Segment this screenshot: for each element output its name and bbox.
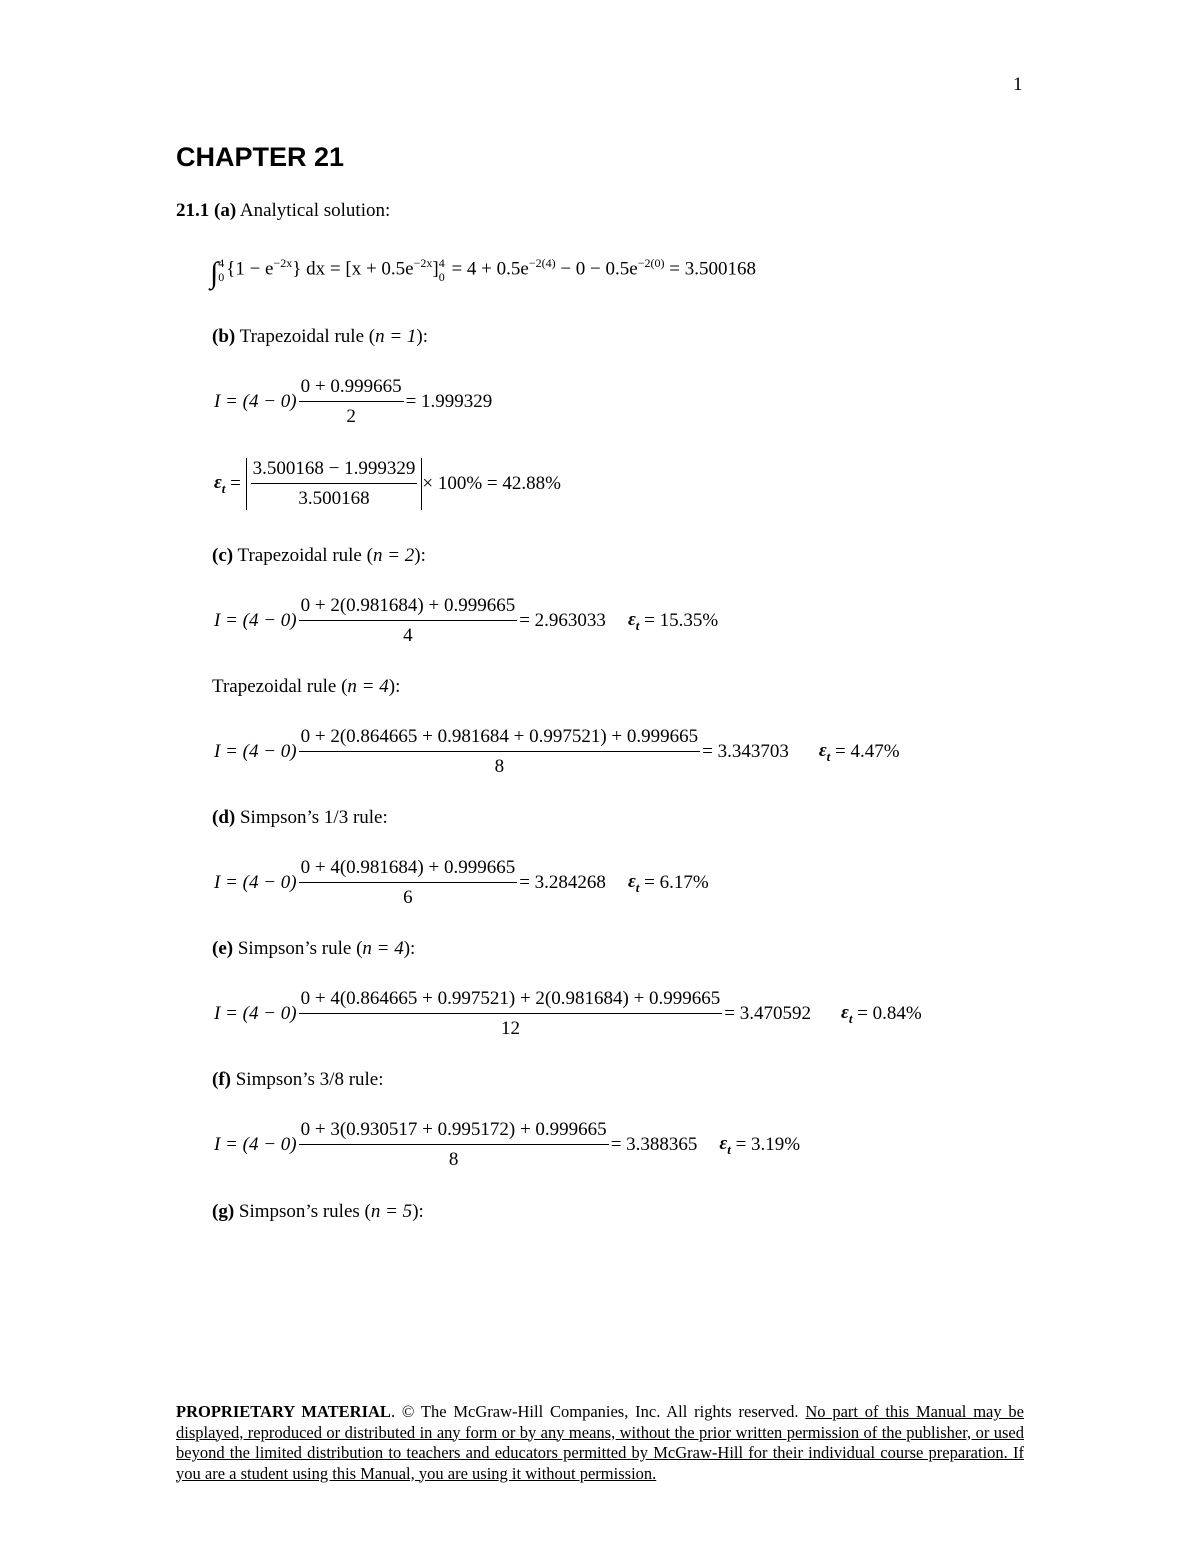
- copyright-footer: PROPRIETARY MATERIAL. © The McGraw-Hill …: [176, 1402, 1024, 1484]
- part-d-heading: (d) Simpson’s 1/3 rule:: [212, 807, 388, 829]
- part-c2-error: = 4.47%: [835, 741, 900, 763]
- part-c-equation: I = (4 − 0) 0 + 2(0.981684) + 0.9996654 …: [214, 595, 718, 647]
- epsilon-symbol: εt: [214, 472, 225, 497]
- part-e-error: = 0.84%: [857, 1003, 922, 1025]
- part-c-error: = 15.35%: [644, 610, 718, 632]
- integral-sign-icon: ∫: [210, 256, 218, 289]
- part-c2-result: = 3.343703: [702, 741, 789, 763]
- part-f-equation: I = (4 − 0) 0 + 3(0.930517 + 0.995172) +…: [214, 1119, 800, 1171]
- part-a-result: = 3.500168: [664, 258, 755, 279]
- chapter-title: CHAPTER 21: [176, 142, 344, 173]
- part-a-label: (a): [214, 200, 236, 221]
- part-d-error: = 6.17%: [644, 872, 709, 894]
- part-b-result: = 1.999329: [406, 391, 493, 413]
- part-d-result: = 3.284268: [519, 872, 606, 894]
- part-b-error-result: × 100% = 42.88%: [422, 473, 561, 495]
- part-b-heading: (b) Trapezoidal rule (n = 1):: [212, 326, 428, 348]
- part-g-heading: (g) Simpson’s rules (n = 5):: [212, 1201, 424, 1223]
- footer-copyright: . © The McGraw-Hill Companies, Inc. All …: [391, 1402, 805, 1421]
- part-b-error-equation: εt = 3.500168 − 1.9993293.500168 × 100% …: [214, 458, 561, 510]
- part-c-heading: (c) Trapezoidal rule (n = 2):: [212, 545, 426, 567]
- part-f-heading: (f) Simpson’s 3/8 rule:: [212, 1069, 384, 1091]
- part-d-equation: I = (4 − 0) 0 + 4(0.981684) + 0.9996656 …: [214, 857, 709, 909]
- part-f-result: = 3.388365: [611, 1134, 698, 1156]
- problem-number: 21.1: [176, 200, 209, 221]
- part-a-equation: ∫40{1 − e−2x} dx = [x + 0.5e−2x]40 = 4 +…: [210, 256, 756, 290]
- part-e-equation: I = (4 − 0) 0 + 4(0.864665 + 0.997521) +…: [214, 988, 922, 1040]
- part-c2-heading: Trapezoidal rule (n = 4):: [212, 676, 400, 698]
- integral-limits: 40: [218, 256, 224, 284]
- part-a-heading: 21.1 (a) Analytical solution:: [176, 200, 390, 222]
- part-c-result: = 2.963033: [519, 610, 606, 632]
- part-e-result: = 3.470592: [724, 1003, 811, 1025]
- part-e-heading: (e) Simpson’s rule (n = 4):: [212, 938, 415, 960]
- footer-bold-lead: PROPRIETARY MATERIAL: [176, 1402, 391, 1421]
- part-f-error: = 3.19%: [736, 1134, 801, 1156]
- part-a-title: Analytical solution:: [240, 200, 390, 221]
- page-number: 1: [1013, 74, 1023, 96]
- part-b-equation: I = (4 − 0) 0 + 0.9996652 = 1.999329: [214, 376, 492, 428]
- part-c2-equation: I = (4 − 0) 0 + 2(0.864665 + 0.981684 + …: [214, 726, 900, 778]
